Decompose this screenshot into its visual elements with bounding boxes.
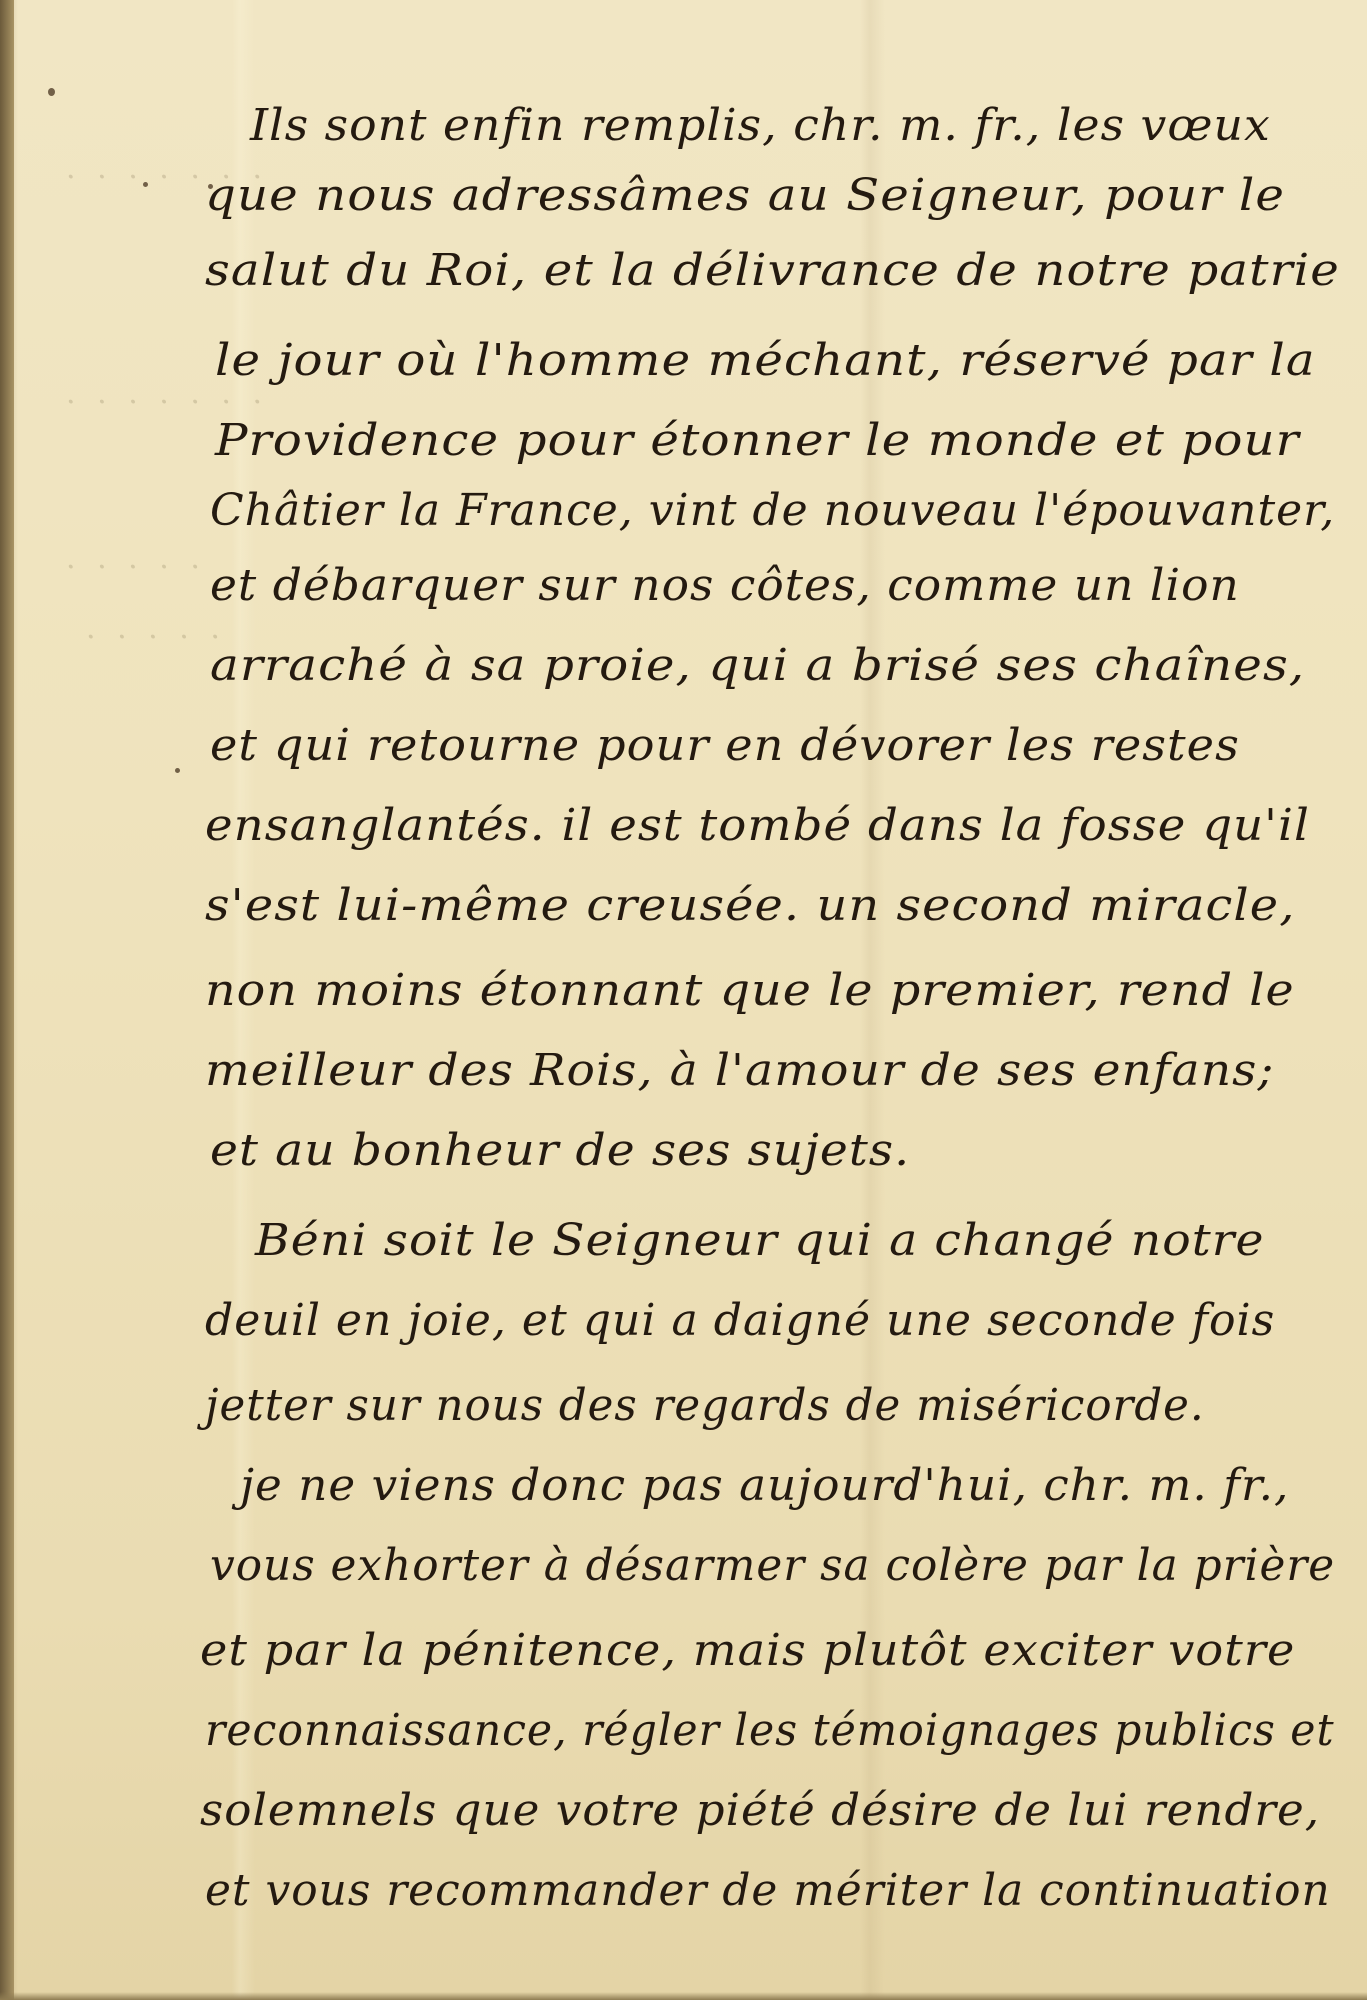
bleed-through-mark: · · · · · bbox=[80, 620, 220, 655]
manuscript-line: Ils sont enfin remplis, chr. m. fr., les… bbox=[250, 100, 1271, 151]
bleed-through-mark: · · · · · bbox=[60, 550, 200, 585]
ink-spot bbox=[143, 182, 148, 187]
manuscript-line: le jour où l'homme méchant, réservé par … bbox=[215, 335, 1316, 386]
manuscript-line: jetter sur nous des regards de miséricor… bbox=[205, 1380, 1205, 1431]
manuscript-line: salut du Roi, et la délivrance de notre … bbox=[205, 245, 1340, 296]
manuscript-line: s'est lui-même creusée. un second miracl… bbox=[205, 880, 1295, 931]
page-bottom-edge bbox=[0, 1992, 1367, 2000]
manuscript-line: reconnaissance, régler les témoignages p… bbox=[205, 1705, 1335, 1756]
manuscript-line: et au bonheur de ses sujets. bbox=[210, 1125, 910, 1176]
manuscript-line: Béni soit le Seigneur qui a changé notre bbox=[255, 1215, 1264, 1266]
manuscript-line: ensanglantés. il est tombé dans la fosse… bbox=[205, 800, 1310, 851]
manuscript-line: deuil en joie, et qui a daigné une secon… bbox=[205, 1295, 1275, 1346]
manuscript-line: et qui retourne pour en dévorer les rest… bbox=[210, 720, 1240, 771]
manuscript-line: arraché à sa proie, qui a brisé ses chaî… bbox=[210, 640, 1305, 691]
page-binding-edge bbox=[0, 0, 14, 2000]
manuscript-line: et débarquer sur nos côtes, comme un lio… bbox=[210, 560, 1240, 611]
ink-spot bbox=[48, 88, 55, 96]
ink-spot bbox=[175, 768, 180, 773]
manuscript-page: · · · · · · · · · · · · · · · · · · · · … bbox=[0, 0, 1367, 2000]
manuscript-line: et vous recommander de mériter la contin… bbox=[205, 1865, 1331, 1916]
manuscript-line: que nous adressâmes au Seigneur, pour le bbox=[205, 170, 1285, 221]
manuscript-line: meilleur des Rois, à l'amour de ses enfa… bbox=[205, 1045, 1274, 1096]
manuscript-line: je ne viens donc pas aujourd'hui, chr. m… bbox=[240, 1460, 1289, 1511]
manuscript-line: solemnels que votre piété désire de lui … bbox=[200, 1785, 1320, 1836]
manuscript-line: Providence pour étonner le monde et pour bbox=[215, 415, 1300, 466]
manuscript-line: Châtier la France, vint de nouveau l'épo… bbox=[210, 485, 1335, 536]
manuscript-line: non moins étonnant que le premier, rend … bbox=[205, 965, 1295, 1016]
manuscript-line: et par la pénitence, mais plutôt exciter… bbox=[200, 1625, 1295, 1676]
manuscript-line: vous exhorter à désarmer sa colère par l… bbox=[210, 1540, 1335, 1591]
